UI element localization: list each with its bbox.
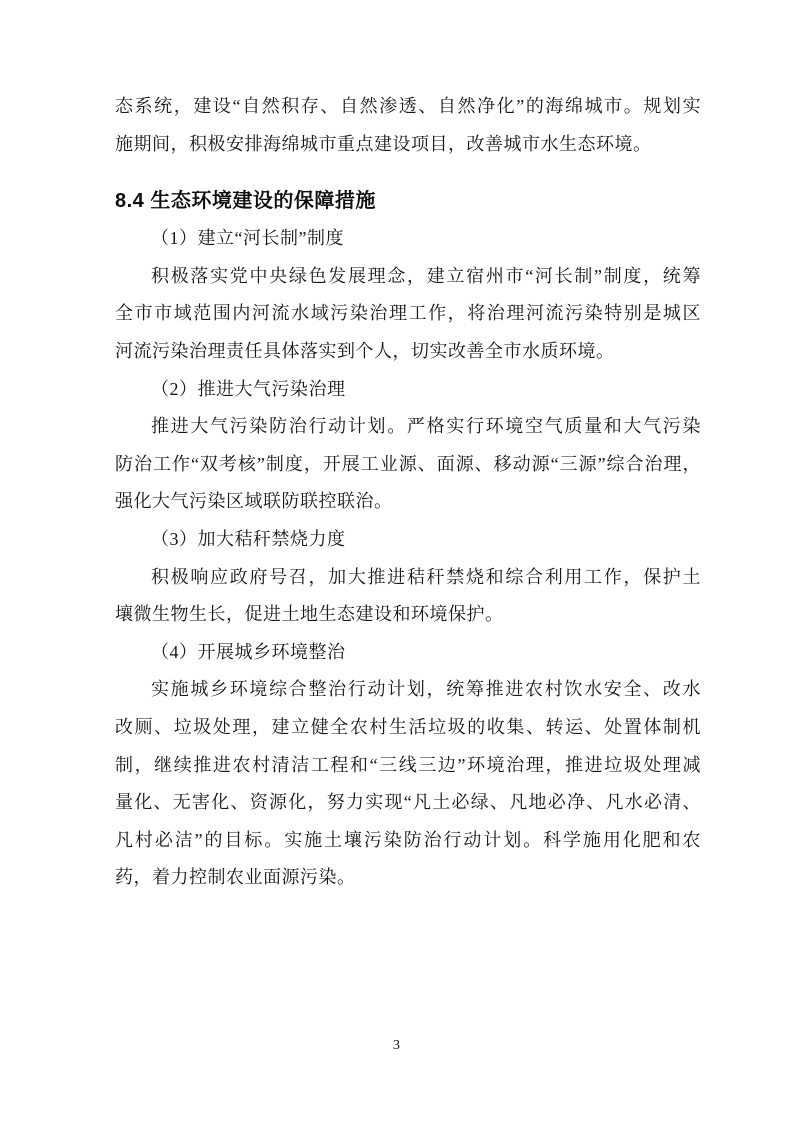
subsection-title: （1）建立“河长制”制度 [115,220,701,258]
subsection-title: （3）加大秸秆禁烧力度 [115,521,701,559]
text-line: 量化、无害化、资源化，努力实现“凡土必绿、凡地必净、凡水必清、 [115,784,701,822]
text-line: 积极响应政府号召，加大推进秸秆禁烧和综合利用工作，保护土 [115,559,701,597]
text-line: 改厕、垃圾处理，建立健全农村生活垃圾的收集、转运、处置体制机 [115,709,701,747]
content-area: 态系统，建设“自然积存、自然渗透、自然净化”的海绵城市。规划实施期间，积极安排海… [115,88,701,897]
text-line: 防治工作“双考核”制度，开展工业源、面源、移动源“三源”综合治理， [115,446,701,484]
text-line: 态系统，建设“自然积存、自然渗透、自然净化”的海绵城市。规划实 [115,88,701,126]
document-page: 态系统，建设“自然积存、自然渗透、自然净化”的海绵城市。规划实施期间，积极安排海… [0,0,793,1122]
text-line: 壤微生物生长，促进土地生态建设和环境保护。 [115,596,701,634]
intro-paragraph: 态系统，建设“自然积存、自然渗透、自然净化”的海绵城市。规划实施期间，积极安排海… [115,88,701,163]
sections-container: （1）建立“河长制”制度积极落实党中央绿色发展理念，建立宿州市“河长制”制度，统… [115,220,701,897]
subsection-title: （4）开展城乡环境整治 [115,634,701,672]
text-line: 积极落实党中央绿色发展理念，建立宿州市“河长制”制度，统筹 [115,258,701,296]
subsection-title: （2）推进大气污染治理 [115,371,701,409]
text-line: 药，着力控制农业面源污染。 [115,859,701,897]
text-line: 制，继续推进农村清洁工程和“三线三边”环境治理，推进垃圾处理减 [115,747,701,785]
text-line: 推进大气污染防治行动计划。严格实行环境空气质量和大气污染 [115,408,701,446]
text-line: 河流污染治理责任具体落实到个人，切实改善全市水质环境。 [115,333,701,371]
text-line: 全市市域范围内河流水域污染治理工作，将治理河流污染特别是城区 [115,295,701,333]
text-line: 凡村必洁”的目标。实施土壤污染防治行动计划。科学施用化肥和农 [115,822,701,860]
text-line: 施期间，积极安排海绵城市重点建设项目，改善城市水生态环境。 [115,126,701,164]
text-line: 实施城乡环境综合整治行动计划，统筹推进农村饮水安全、改水 [115,671,701,709]
text-line: 强化大气污染区域联防联控联治。 [115,483,701,521]
page-number: 3 [0,1031,793,1061]
section-heading: 8.4 生态环境建设的保障措施 [115,182,701,220]
